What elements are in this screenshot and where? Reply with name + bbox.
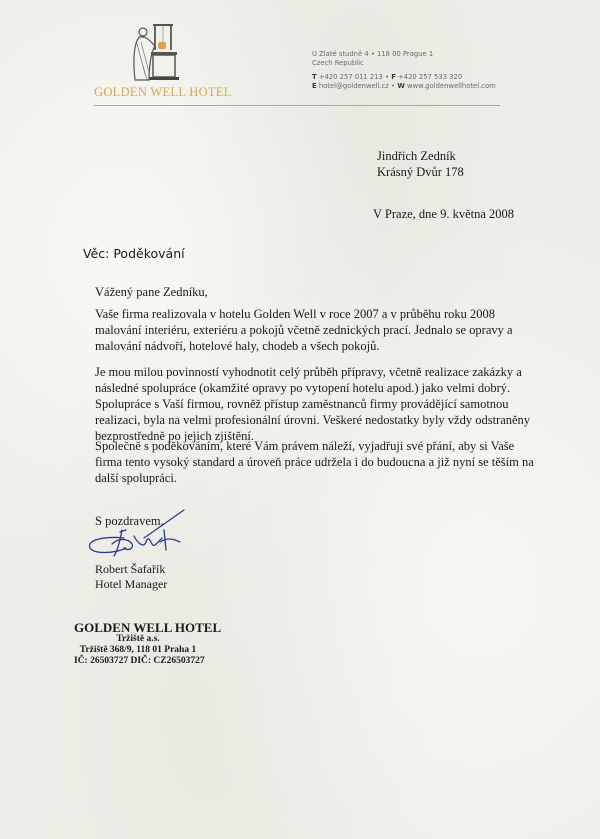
body-line: další spolupráci. — [95, 470, 534, 486]
web-link[interactable]: www.goldenwellhotel.com — [407, 82, 496, 90]
recipient-address: Krásný Dvůr 178 — [377, 164, 464, 180]
recipient-block: Jindřich Zedník Krásný Dvůr 178 — [377, 148, 464, 180]
separator-dot: • — [391, 82, 395, 90]
address-line-2: Czech Republic — [312, 59, 496, 68]
body-line: malování interiéru, exteriéru a pokojů v… — [95, 322, 513, 338]
body-line: Spolupráce s Vaší firmou, rovněž přístup… — [95, 396, 530, 412]
phone-fax-line: T +420 257 011 213 • F +420 257 533 320 — [312, 73, 496, 82]
recipient-name: Jindřich Zedník — [377, 148, 464, 164]
handwritten-signature-icon — [84, 508, 194, 563]
footer-entity-block: Tržiště a.s. Tržiště 368/9, 118 01 Praha… — [74, 634, 202, 656]
separator-dot: • — [385, 73, 389, 81]
body-paragraph-2: Je mou milou povinností vyhodnotit celý … — [95, 364, 530, 444]
body-line: realizaci, byla na velmi profesionální ú… — [95, 412, 530, 428]
web-label: W — [397, 82, 405, 90]
email-web-line: E hotel@goldenwell.cz • W www.goldenwell… — [312, 82, 496, 91]
body-line: Je mou milou povinností vyhodnotit celý … — [95, 364, 530, 380]
footer-entity: Tržiště a.s. — [74, 634, 202, 645]
signer-title: Hotel Manager — [95, 577, 167, 592]
letter-date: V Praze, dne 9. května 2008 — [373, 207, 514, 222]
body-line: malování nádvoří, hotelové haly, chodeb … — [95, 338, 513, 354]
body-paragraph-1: Vaše firma realizovala v hotelu Golden W… — [95, 306, 513, 354]
subject-line: Věc: Poděkování — [83, 246, 185, 261]
body-line: Společně s poděkováním, které Vám právem… — [95, 438, 534, 454]
footer-company-ids: IČ: 26503727 DIČ: CZ26503727 — [74, 656, 205, 666]
fax-number: +420 257 533 320 — [398, 73, 462, 81]
phone-number: +420 257 011 213 — [319, 73, 383, 81]
email-label: E — [312, 82, 317, 90]
well-statue-logo-icon — [127, 22, 179, 84]
fax-label: F — [391, 73, 396, 81]
phone-label: T — [312, 73, 317, 81]
body-paragraph-3: Společně s poděkováním, které Vám právem… — [95, 438, 534, 486]
brand-name: GOLDEN WELL HOTEL — [94, 85, 232, 100]
letterhead-divider — [94, 105, 500, 106]
email-link[interactable]: hotel@goldenwell.cz — [319, 82, 389, 90]
body-line: následné spolupráce (okamžité opravy po … — [95, 380, 530, 396]
signer-block: Robert Šafařík Hotel Manager — [95, 562, 167, 592]
address-line-1: U Zlaté studně 4 • 118 00 Prague 1 — [312, 50, 496, 59]
body-line: Vaše firma realizovala v hotelu Golden W… — [95, 306, 513, 322]
contact-block: U Zlaté studně 4 • 118 00 Prague 1 Czech… — [312, 50, 496, 91]
salutation: Vážený pane Zedníku, — [95, 285, 208, 300]
signer-name: Robert Šafařík — [95, 562, 167, 577]
body-line: firma tento vysoký standard a úroveň prá… — [95, 454, 534, 470]
footer-address: Tržiště 368/9, 118 01 Praha 1 — [74, 645, 202, 656]
